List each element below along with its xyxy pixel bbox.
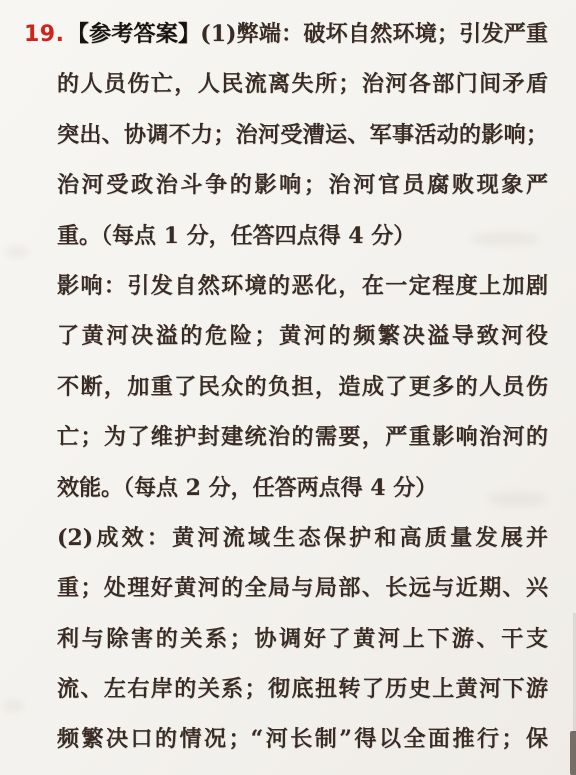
answer-line: 了黄河决溢的危险；黄河的频繁决溢导致河役 [57,311,548,361]
answer-line: 亡；为了维护封建统治的需要，严重影响治河的 [57,412,548,462]
scan-bleedthrough-artifact [470,232,540,246]
scan-bleedthrough-artifact [2,700,24,712]
answer-line: 的人员伤亡，人民流离失所；治河各部门间矛盾 [57,59,548,109]
answer-line: 不断，加重了民众的负担，造成了更多的人员伤 [57,362,548,412]
answer-line: 突出、协调不力；治河受漕运、军事活动的影响； [57,110,548,160]
answer-line: 治河受政治斗争的影响；治河官员腐败现象严 [57,160,548,210]
scan-page-edge-mark [570,731,576,775]
question-number: 19. [24,22,66,47]
answer-line: 19.【参考答案】(1)弊端：破坏自然环境；引发严重 [24,9,548,59]
scan-bleedthrough-artifact [488,492,548,506]
answer-line: 重；处理好黄河的全局与局部、长远与近期、兴 [57,563,548,613]
answer-key-label: 【参考答案】 [66,22,200,47]
answer-line: 流、左右岸的关系；彻底扭转了历史上黄河下游 [57,664,548,714]
answer-line-score-note: 效能。（每点 2 分，任答两点得 4 分） [57,463,548,513]
scanned-answer-page: 19.【参考答案】(1)弊端：破坏自然环境；引发严重 的人员伤亡，人民流离失所；… [0,0,576,775]
answer-line: 影响：引发自然环境的恶化，在一定程度上加剧 [57,261,548,311]
line-text: (1)弊端：破坏自然环境；引发严重 [200,21,548,47]
answer-text-block: 19.【参考答案】(1)弊端：破坏自然环境；引发严重 的人员伤亡，人民流离失所；… [0,9,576,765]
scan-bleedthrough-artifact [4,246,30,258]
answer-line: 频繁决口的情况；“河长制”得以全面推行；保 [57,714,548,764]
answer-line: (2)成效：黄河流域生态保护和高质量发展并 [57,513,548,563]
answer-line: 利与除害的关系；协调好了黄河上下游、干支 [57,614,548,664]
